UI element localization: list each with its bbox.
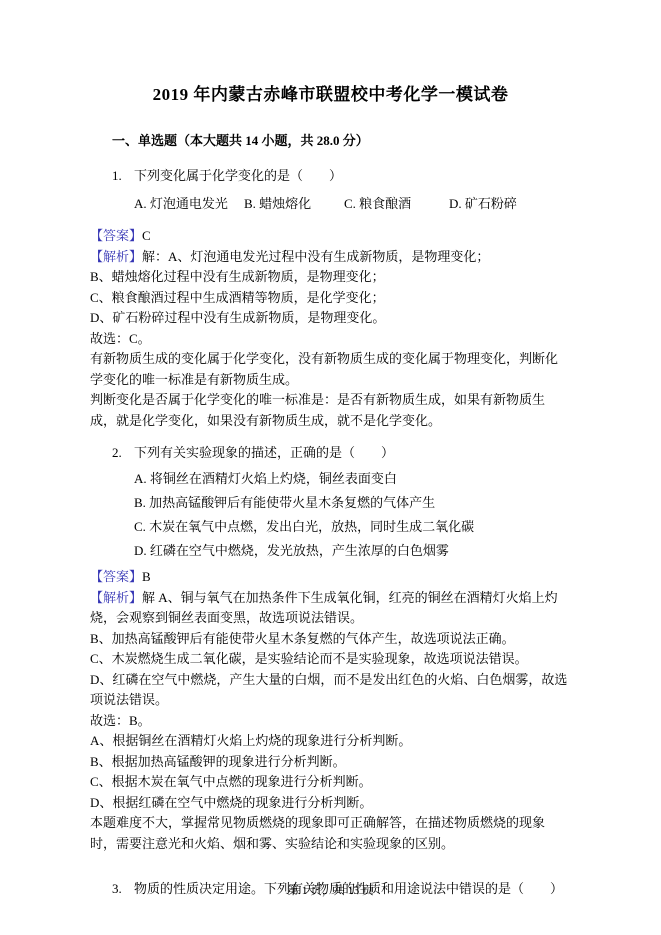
question-stem: 下列有关实验现象的描述，正确的是（ ）: [134, 444, 570, 462]
analysis-line: B、根据加热高锰酸钾的现象进行分析判断。: [90, 752, 570, 773]
question-2-options: A. 将铜丝在酒精灯火焰上灼烧，铜丝表面变白 B. 加热高锰酸钾后有能使带火星木…: [90, 467, 570, 563]
analysis-line: 故选：B。: [90, 711, 570, 732]
option-a: A. 灯泡通电发光: [134, 195, 244, 213]
analysis-line: 本题难度不大，掌握常见物质燃烧的现象即可正确解答，在描述物质燃烧的现象时，需要注…: [90, 813, 570, 854]
question-1-stem-row: 1. 下列变化属于化学变化的是（ ）: [90, 167, 570, 185]
answer-line: 【答案】C: [90, 226, 570, 247]
answer-value: C: [142, 228, 151, 243]
analysis-line: 判断变化是否属于化学变化的唯一标准是：是否有新物质生成，如果有新物质生成，就是化…: [90, 390, 570, 431]
option-c: C. 粮食酿酒: [344, 195, 449, 213]
option-b: B. 蜡烛熔化: [244, 195, 344, 213]
analysis-line: C、粮食酿酒过程中生成酒精等物质，是化学变化；: [90, 288, 570, 309]
section-heading: 一、单选题（本大题共 14 小题，共 28.0 分）: [90, 132, 570, 150]
exam-document-page: 2019 年内蒙古赤峰市联盟校中考化学一模试卷 一、单选题（本大题共 14 小题…: [0, 0, 661, 935]
analysis-line: D、红磷在空气中燃烧，产生大量的白烟，而不是发出红色的火焰、白色烟雾，故选项说法…: [90, 670, 570, 711]
analysis-line: B、蜡烛熔化过程中没有生成新物质，是物理变化；: [90, 267, 570, 288]
analysis-line: C、木炭燃烧生成二氧化碳，是实验结论而不是实验现象，故选项说法错误。: [90, 649, 570, 670]
page-footer: 第 1 页，共 13 页: [0, 884, 661, 899]
option-c: C. 木炭在氧气中点燃，发出白光，放热，同时生成二氧化碳: [134, 515, 570, 539]
analysis-line: 【解析】解：A、灯泡通电发光过程中没有生成新物质，是物理变化；: [90, 247, 570, 268]
analysis-line: A、根据铜丝在酒精灯火焰上灼烧的现象进行分析判断。: [90, 731, 570, 752]
answer-line: 【答案】B: [90, 567, 570, 588]
answer-value: B: [142, 569, 151, 584]
option-a: A. 将铜丝在酒精灯火焰上灼烧，铜丝表面变白: [134, 467, 570, 491]
analysis-text: 解：A、灯泡通电发光过程中没有生成新物质，是物理变化；: [142, 249, 489, 264]
analysis-line: 【解析】解 A、铜与氧气在加热条件下生成氧化铜，红亮的铜丝在酒精灯火焰上灼烧，会…: [90, 588, 570, 629]
analysis-line: D、矿石粉碎过程中没有生成新物质，是物理变化。: [90, 308, 570, 329]
option-d: D. 红磷在空气中燃烧，发光放热，产生浓厚的白色烟雾: [134, 539, 570, 563]
option-b: B. 加热高锰酸钾后有能使带火星木条复燃的气体产生: [134, 491, 570, 515]
page-title: 2019 年内蒙古赤峰市联盟校中考化学一模试卷: [0, 0, 661, 105]
analysis-label: 【解析】: [90, 249, 142, 264]
analysis-line: D、根据红磷在空气中燃烧的现象进行分析判断。: [90, 793, 570, 814]
answer-label: 【答案】: [90, 569, 142, 584]
analysis-line: B、加热高锰酸钾后有能使带火星木条复燃的气体产生，故选项说法正确。: [90, 629, 570, 650]
question-number: 2.: [112, 444, 134, 462]
analysis-line: 有新物质生成的变化属于化学变化，没有新物质生成的变化属于物理变化，判断化学变化的…: [90, 349, 570, 390]
question-2: 2. 下列有关实验现象的描述，正确的是（ ） A. 将铜丝在酒精灯火焰上灼烧，铜…: [90, 444, 570, 854]
analysis-text: 解 A、铜与氧气在加热条件下生成氧化铜，红亮的铜丝在酒精灯火焰上灼烧，会观察到铜…: [90, 590, 558, 626]
option-d: D. 矿石粉碎: [449, 195, 517, 213]
analysis-label: 【解析】: [90, 590, 142, 605]
page-content: 一、单选题（本大题共 14 小题，共 28.0 分） 1. 下列变化属于化学变化…: [90, 132, 570, 898]
question-number: 1.: [112, 167, 134, 185]
question-2-stem-row: 2. 下列有关实验现象的描述，正确的是（ ）: [90, 444, 570, 462]
answer-label: 【答案】: [90, 228, 142, 243]
question-stem: 下列变化属于化学变化的是（ ）: [134, 167, 570, 185]
question-1: 1. 下列变化属于化学变化的是（ ） A. 灯泡通电发光B. 蜡烛熔化C. 粮食…: [90, 167, 570, 431]
question-1-options: A. 灯泡通电发光B. 蜡烛熔化C. 粮食酿酒D. 矿石粉碎: [90, 195, 570, 213]
analysis-line: 故选：C。: [90, 329, 570, 350]
analysis-line: C、根据木炭在氧气中点燃的现象进行分析判断。: [90, 772, 570, 793]
